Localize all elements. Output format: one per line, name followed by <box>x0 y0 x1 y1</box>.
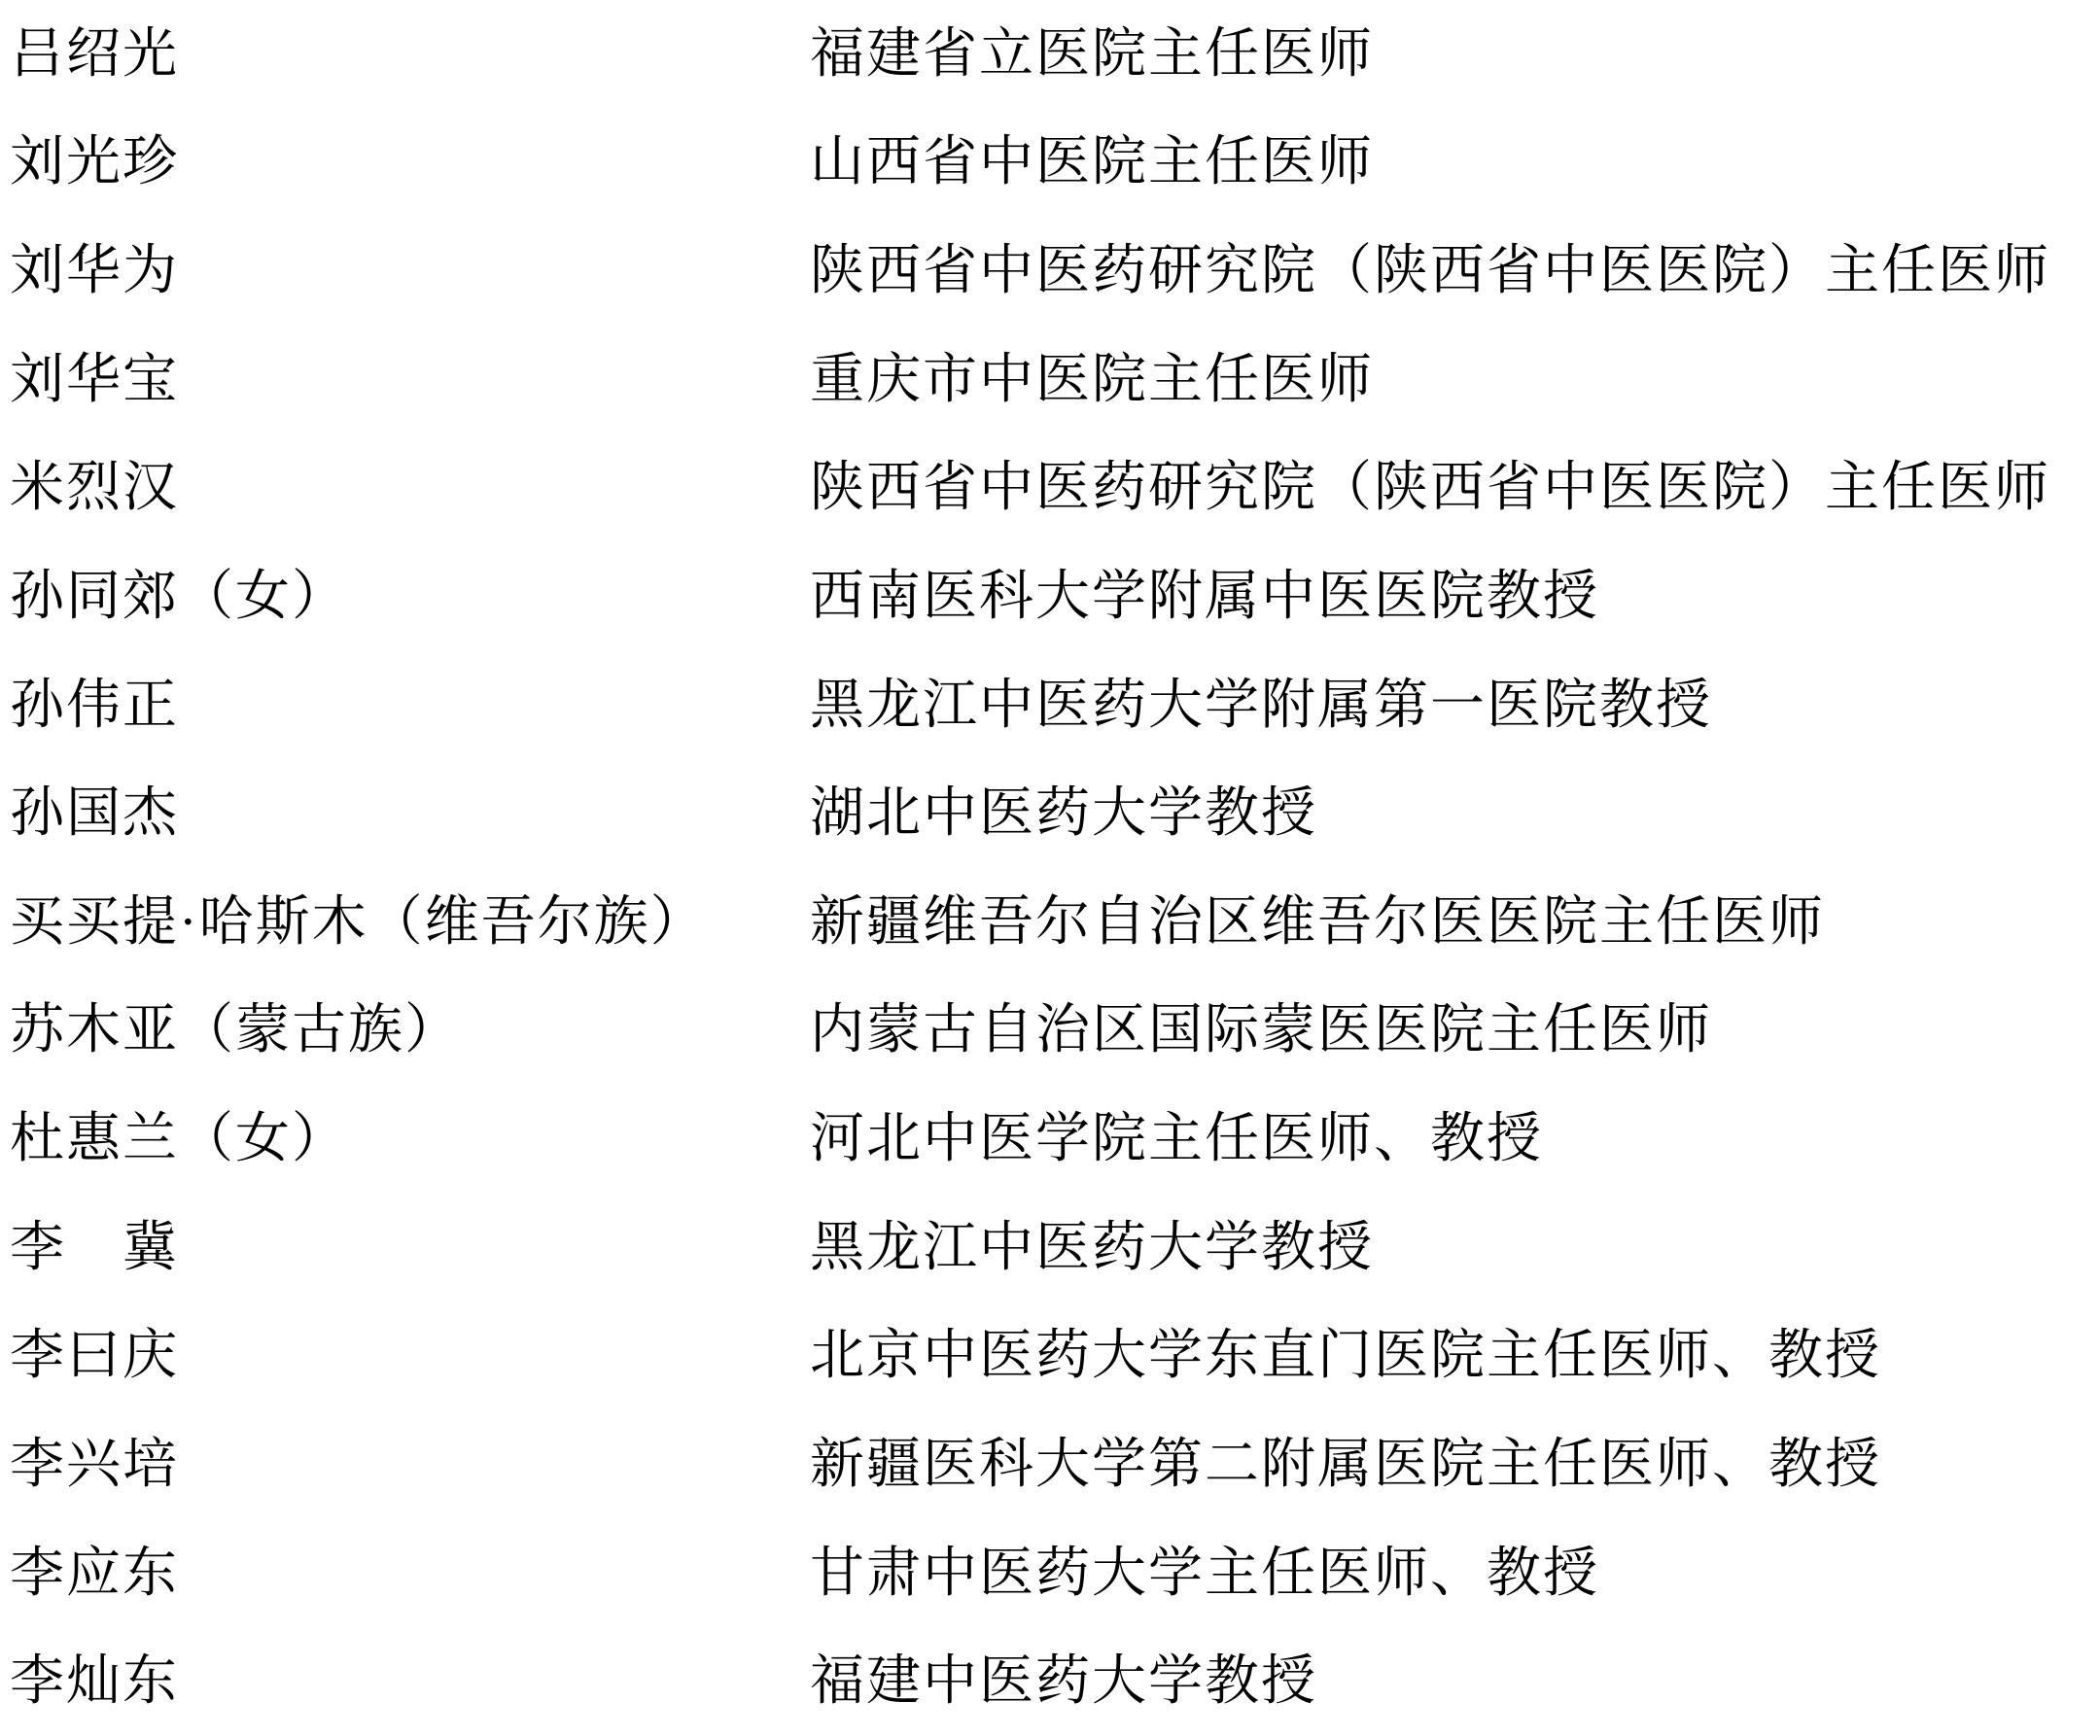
person-name: 李 冀 <box>0 1221 810 1275</box>
person-affiliation: 河北中医学院主任医师、教授 <box>810 1112 2100 1166</box>
person-name: 米烈汉 <box>0 461 810 515</box>
list-item: 李曰庆 北京中医药大学东直门医院主任医师、教授 <box>0 1302 2100 1411</box>
person-affiliation: 甘肃中医药大学主任医师、教授 <box>810 1546 2100 1601</box>
list-item: 孙同郊（女） 西南医科大学附属中医医院教授 <box>0 542 2100 651</box>
document-page: 吕绍光 福建省立医院主任医师 刘光珍 山西省中医院主任医师 刘华为 陕西省中医药… <box>0 0 2100 1736</box>
person-affiliation: 福建省立医院主任医师 <box>810 27 2100 82</box>
person-name: 李应东 <box>0 1546 810 1601</box>
person-affiliation: 山西省中医院主任医师 <box>810 135 2100 190</box>
person-name: 刘华为 <box>0 244 810 298</box>
person-affiliation: 黑龙江中医药大学教授 <box>810 1221 2100 1275</box>
person-affiliation: 湖北中医药大学教授 <box>810 786 2100 841</box>
name-list: 吕绍光 福建省立医院主任医师 刘光珍 山西省中医院主任医师 刘华为 陕西省中医药… <box>0 0 2100 1736</box>
person-affiliation: 北京中医药大学东直门医院主任医师、教授 <box>810 1329 2100 1383</box>
person-affiliation: 重庆市中医院主任医师 <box>810 353 2100 407</box>
person-name: 孙伟正 <box>0 678 810 733</box>
list-item: 杜惠兰（女） 河北中医学院主任医师、教授 <box>0 1085 2100 1194</box>
list-item: 孙国杰 湖北中医药大学教授 <box>0 759 2100 868</box>
person-affiliation: 新疆维吾尔自治区维吾尔医医院主任医师 <box>810 895 2100 950</box>
person-affiliation: 福建中医药大学教授 <box>810 1654 2100 1709</box>
list-item: 刘华为 陕西省中医药研究院（陕西省中医医院）主任医师 <box>0 217 2100 326</box>
person-name: 李曰庆 <box>0 1329 810 1383</box>
list-item: 刘华宝 重庆市中医院主任医师 <box>0 326 2100 434</box>
person-name: 孙国杰 <box>0 786 810 841</box>
person-affiliation: 新疆医科大学第二附属医院主任医师、教授 <box>810 1438 2100 1492</box>
person-name: 李兴培 <box>0 1438 810 1492</box>
person-name: 苏木亚（蒙古族） <box>0 1003 810 1058</box>
person-name: 李灿东 <box>0 1654 810 1709</box>
person-affiliation: 西南医科大学附属中医医院教授 <box>810 570 2100 624</box>
person-name: 买买提·哈斯木（维吾尔族） <box>0 895 810 950</box>
list-item: 李应东 甘肃中医药大学主任医师、教授 <box>0 1519 2100 1628</box>
list-item: 李兴培 新疆医科大学第二附属医院主任医师、教授 <box>0 1410 2100 1519</box>
person-name: 刘华宝 <box>0 353 810 407</box>
list-item: 买买提·哈斯木（维吾尔族） 新疆维吾尔自治区维吾尔医医院主任医师 <box>0 868 2100 977</box>
person-affiliation: 陕西省中医药研究院（陕西省中医医院）主任医师 <box>810 461 2100 515</box>
person-name: 吕绍光 <box>0 27 810 82</box>
list-item: 吕绍光 福建省立医院主任医师 <box>0 0 2100 109</box>
list-item: 米烈汉 陕西省中医药研究院（陕西省中医医院）主任医师 <box>0 434 2100 543</box>
person-name: 杜惠兰（女） <box>0 1112 810 1166</box>
list-item: 孙伟正 黑龙江中医药大学附属第一医院教授 <box>0 651 2100 760</box>
person-affiliation: 黑龙江中医药大学附属第一医院教授 <box>810 678 2100 733</box>
person-name: 刘光珍 <box>0 135 810 190</box>
list-item: 李 冀 黑龙江中医药大学教授 <box>0 1194 2100 1302</box>
person-name: 孙同郊（女） <box>0 570 810 624</box>
person-affiliation: 内蒙古自治区国际蒙医医院主任医师 <box>810 1003 2100 1058</box>
list-item: 刘光珍 山西省中医院主任医师 <box>0 109 2100 218</box>
list-item: 李灿东 福建中医药大学教授 <box>0 1627 2100 1736</box>
list-item: 苏木亚（蒙古族） 内蒙古自治区国际蒙医医院主任医师 <box>0 977 2100 1086</box>
person-affiliation: 陕西省中医药研究院（陕西省中医医院）主任医师 <box>810 244 2100 298</box>
